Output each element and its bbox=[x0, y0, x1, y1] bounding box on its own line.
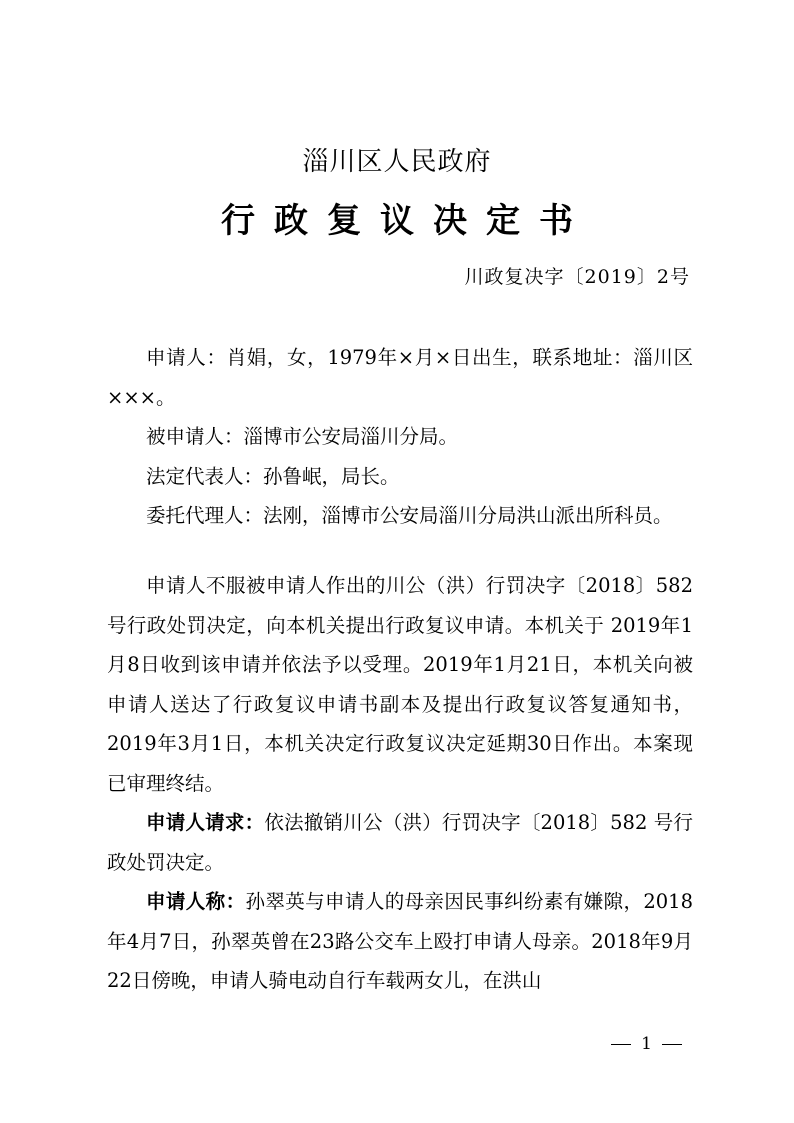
dash-right bbox=[662, 1044, 682, 1045]
document-number: 川政复决字〔2019〕2号 bbox=[465, 262, 690, 289]
case-body: 申请人不服被申请人作出的川公（洪）行罚决字〔2018〕582号行政处罚决定，向本… bbox=[107, 566, 693, 1001]
party-legal-representative: 法定代表人：孙鲁岷，局长。 bbox=[107, 457, 693, 497]
document-title: 行政复议决定书 bbox=[0, 193, 794, 242]
procedure-paragraph: 申请人不服被申请人作出的川公（洪）行罚决字〔2018〕582号行政处罚决定，向本… bbox=[107, 566, 693, 803]
claim-paragraph: 申请人称：孙翠英与申请人的母亲因民事纠纷素有嫌隙，2018年4月7日，孙翠英曾在… bbox=[107, 882, 693, 1001]
document-page: 淄川区人民政府 行政复议决定书 川政复决字〔2019〕2号 申请人：肖娟，女，1… bbox=[0, 0, 794, 1123]
party-agent: 委托代理人：法刚，淄博市公安局淄川分局洪山派出所科员。 bbox=[107, 496, 693, 536]
party-respondent: 被申请人：淄博市公安局淄川分局。 bbox=[107, 417, 693, 457]
party-applicant: 申请人：肖娟，女，1979年×月×日出生，联系地址：淄川区×××。 bbox=[107, 338, 693, 417]
request-label: 申请人请求： bbox=[146, 811, 264, 834]
request-paragraph: 申请人请求：依法撤销川公（洪）行罚决字〔2018〕582 号行政处罚决定。 bbox=[107, 803, 693, 882]
page-number-value: 1 bbox=[641, 1034, 652, 1054]
issuing-organization: 淄川区人民政府 bbox=[0, 141, 794, 178]
dash-left bbox=[611, 1044, 631, 1045]
claim-label: 申请人称： bbox=[146, 890, 245, 913]
parties-section: 申请人：肖娟，女，1979年×月×日出生，联系地址：淄川区×××。 被申请人：淄… bbox=[107, 338, 693, 536]
page-number: 1 bbox=[611, 1034, 682, 1054]
